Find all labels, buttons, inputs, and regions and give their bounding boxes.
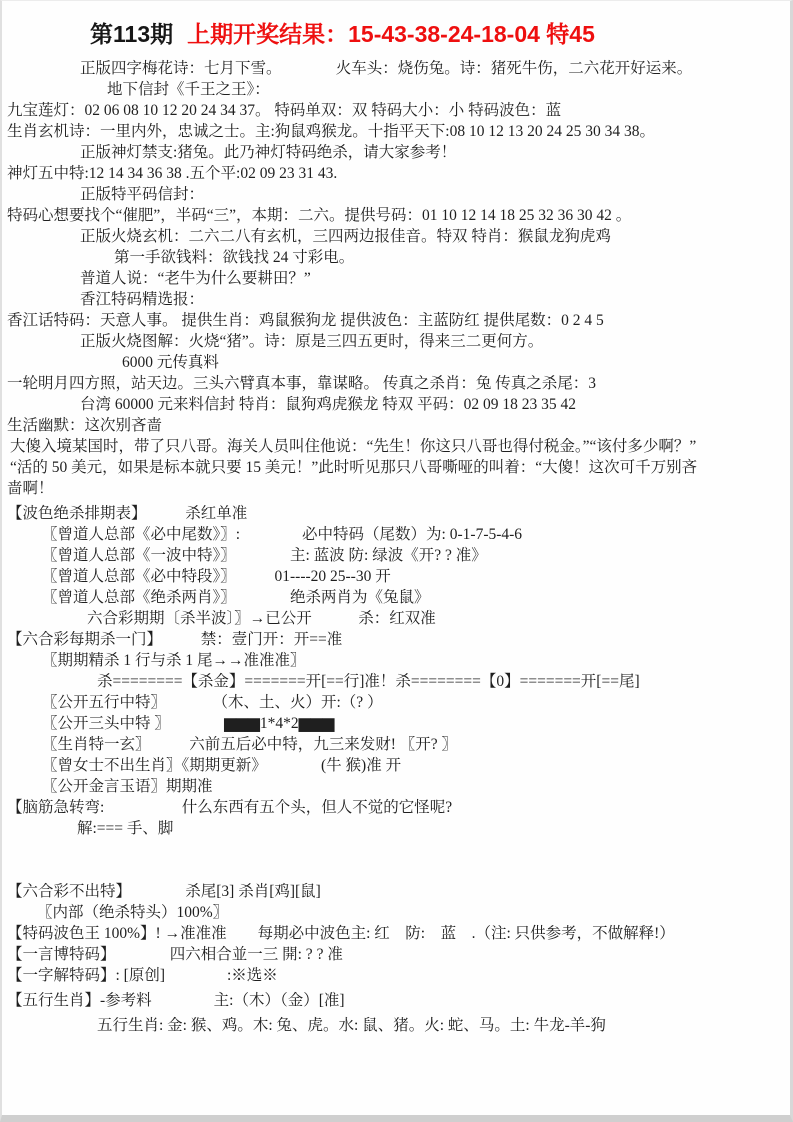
text-line: 〖公开金言玉语〗期期准 [2,776,790,797]
text-line: 〖公开五行中特〗 （木、土、火）开:（? ） [2,692,790,713]
text-line: 正版神灯禁支:猪兔。此乃神灯特码绝杀，请大家参考！ [2,142,790,163]
text-line: 【一字解特码】: [原创] :※选※ [2,965,790,986]
text-line: 第一手欲钱料：欲钱找 24 寸彩电。 [2,247,790,268]
text-line: 九宝莲灯：02 06 08 10 12 20 24 34 37。 特码单双：双 … [2,100,790,121]
document-body: 正版四字梅花诗：七月下雪。 火车头：烧伤兔。诗：猪死牛伤，二六花开好运来。地下信… [2,58,790,1036]
text-line: 六合彩期期〔杀半波〕〗→已公开 杀：红双准 [2,608,790,629]
text-line: 杀========【杀金】=======开[==行]准！杀========【0】… [2,671,790,692]
text-line: 一轮明月四方照，站天边。三头六臂真本事，靠谋略。 传真之杀肖：兔 传真之杀尾：3 [2,373,790,394]
text-line: 〖生肖特一玄〗 六前五后必中特，九三来发财! 〖开? 〗 [2,734,790,755]
text-line: 普道人说：“老牛为什么要耕田？” [2,268,790,289]
text-line: 特码心想要找个“催肥”，半码“三”，本期：二六。提供号码：01 10 12 14… [2,205,790,226]
text-line: 正版四字梅花诗：七月下雪。 火车头：烧伤兔。诗：猪死牛伤，二六花开好运来。 [2,58,790,79]
text-line: 〖公开三头中特 〗 ▆▆▆1*4*2▆▆▆ [2,713,790,734]
text-line: 啬啊！ [2,478,790,499]
text-line: 〖曾女士不出生肖〗《期期更新》 (牛 猴)准 开 [2,755,790,776]
text-line: 〖期期精杀 1 行与杀 1 尾→→准准准〗 [2,650,790,671]
text-line: 〖曾道人总部《必中特段》〗 01----20 25--30 开 [2,566,790,587]
text-line: 正版火烧图解：火烧“猪”。诗：原是三四五更时，得来三二更何方。 [2,331,790,352]
text-line: 【脑筋急转弯: 什么东西有五个头，但人不觉的它怪呢? [2,797,790,818]
text-line: 【六合彩不出特】 杀尾[3] 杀肖[鸡][鼠] [2,881,790,902]
text-line: 〖曾道人总部《一波中特》〗 主: 蓝波 防: 绿波《开? ? 准》 [2,545,790,566]
text-line: 神灯五中特:12 14 34 36 38 .五个平:02 09 23 31 43… [2,163,790,184]
text-line: 生肖玄机诗：一里内外，忠诚之士。主:狗鼠鸡猴龙。十指平天下:08 10 12 1… [2,121,790,142]
text-line: 〖内部（绝杀特头）100%〗 [2,902,790,923]
text-line: 6000 元传真料 [2,352,790,373]
text-line: 解:=== 手、脚 [2,818,790,839]
text-line: 地下信封《千王之王》： [2,79,790,100]
text-line: 生活幽默：这次别吝啬 [2,415,790,436]
issue-number: 第113期 [90,21,173,47]
text-line: 五行生肖: 金: 猴、鸡。木: 兔、虎。水: 鼠、猪。火: 蛇、马。土: 牛龙-… [2,1015,790,1036]
text-line: 【六合彩每期杀一门】 禁：壹门开：开==准 [2,629,790,650]
document-page: 第113期上期开奖结果：15-43-38-24-18-04 特45 正版四字梅花… [0,0,793,1122]
page-title: 第113期上期开奖结果：15-43-38-24-18-04 特45 [2,1,790,49]
text-line [2,839,790,860]
text-line: 正版特平码信封： [2,184,790,205]
text-line: 【特码波色王 100%】! →准准准 每期必中波色主: 红 防: 蓝 .（注: … [2,923,790,944]
text-line: 【波色绝杀排期表】 杀红单准 [2,503,790,524]
text-line: 【一言博特码】 四六相合並一三 開: ? ? 准 [2,944,790,965]
text-line [2,860,790,881]
text-line: “活的 50 美元，如果是标本就只要 15 美元！”此时听见那只八哥嘶哑的叫着：… [2,457,790,478]
text-line: 台湾 60000 元来料信封 特肖：鼠狗鸡虎猴龙 特双 平码：02 09 18 … [2,394,790,415]
text-line: 香江话特码：天意人事。 提供生肖：鸡鼠猴狗龙 提供波色：主蓝防红 提供尾数：0 … [2,310,790,331]
text-line: 大傻入境某国时，带了只八哥。海关人员叫住他说：“先生！你这只八哥也得付税金。”“… [2,436,790,457]
text-line: 【五行生肖】-参考料 主:（木）（金）[准] [2,990,790,1011]
text-line: 〖曾道人总部《绝杀两肖》〗 绝杀两肖为《兔鼠》 [2,587,790,608]
text-line: 正版火烧玄机：二六二八有玄机，三四两边报佳音。特双 特肖：猴鼠龙狗虎鸡 [2,226,790,247]
last-draw-result: 上期开奖结果：15-43-38-24-18-04 特45 [187,21,595,47]
text-line: 香江特码精选报： [2,289,790,310]
text-line: 〖曾道人总部《必中尾数》〗: 必中特码（尾数）为: 0-1-7-5-4-6 [2,524,790,545]
